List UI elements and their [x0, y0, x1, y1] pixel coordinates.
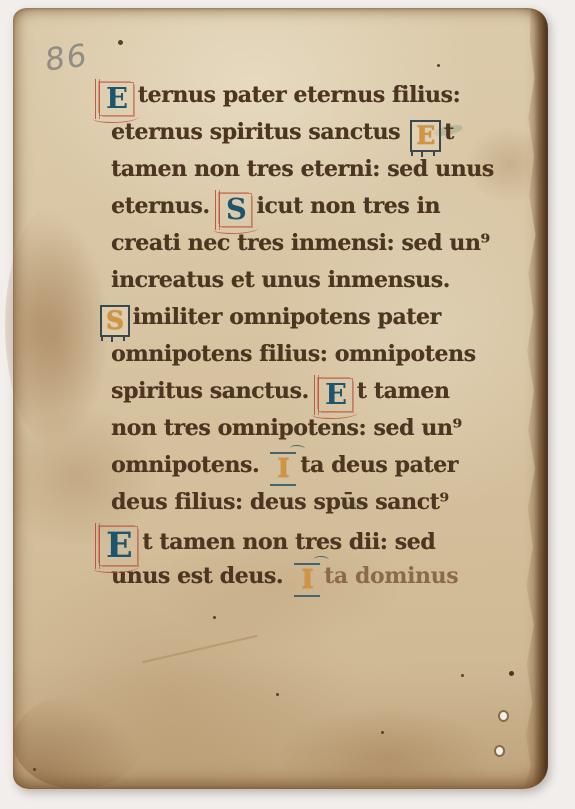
ink-speck — [509, 671, 514, 676]
ink-speck — [213, 616, 216, 619]
stain — [5, 203, 110, 448]
text-line: omnipotens filius: omnipotens — [97, 341, 469, 378]
line-text: eternus spiritus sanctus — [111, 119, 407, 145]
line-text: spiritus sanctus. — [111, 378, 316, 404]
text-line: eternus. Sicut non tres in — [97, 193, 469, 230]
ink-speck — [381, 731, 384, 734]
text-line: tamen non tres eterni: sed unus — [97, 156, 469, 193]
illuminated-initial: S — [100, 305, 130, 337]
manuscript-leaf: 86 Eternus pater eternus filius: eternus… — [13, 8, 547, 789]
stain — [13, 694, 143, 789]
illuminated-initial: E — [318, 378, 353, 412]
illuminated-initial: E — [99, 526, 138, 566]
line-text: increatus et unus inmensus. — [111, 267, 450, 293]
line-text: deus filius: deus spūs sanct⁹ — [111, 489, 449, 515]
folio-number: 86 — [45, 37, 89, 79]
line-text: non tres omnipotens: sed un⁹ — [111, 415, 462, 441]
text-line: Eternus pater eternus filius: — [97, 82, 469, 119]
ink-speck — [276, 693, 279, 696]
line-text: ta dominus — [324, 563, 458, 589]
line-text: creati nec tres inmensi: sed un⁹ — [111, 230, 490, 256]
line-text: t tamen — [357, 378, 450, 404]
illuminated-initial: E — [410, 120, 441, 152]
line-text: ta deus pater — [300, 452, 458, 478]
text-line: deus filius: deus spūs sanct⁹ — [97, 489, 469, 526]
stain — [13, 659, 547, 789]
line-text: omnipotens filius: omnipotens — [111, 341, 476, 367]
line-text: omnipotens. — [111, 452, 266, 478]
line-text: tamen non tres eterni: sed unus — [111, 156, 494, 182]
text-line: creati nec tres inmensi: sed un⁹ — [97, 230, 469, 267]
line-text: imiliter omnipotens pater — [133, 304, 441, 330]
text-line: Et tamen non tres dii: sed — [97, 526, 469, 563]
illuminated-initial: S — [219, 193, 253, 227]
line-text: t tamen non tres dii: sed — [142, 529, 435, 555]
line-text: t — [444, 119, 454, 145]
text-line: unus est deus. Ita dominus — [97, 563, 469, 600]
text-line: omnipotens. Ita deus pater — [97, 452, 469, 489]
text-line: spiritus sanctus. Et tamen — [97, 378, 469, 415]
text-line: Similiter omnipotens pater — [97, 304, 469, 341]
crease-line — [142, 635, 257, 663]
text-line: increatus et unus inmensus. — [97, 267, 469, 304]
illuminated-initial: E — [99, 82, 134, 116]
text-block: Eternus pater eternus filius: eternus sp… — [97, 82, 469, 600]
ragged-leaf-edge — [522, 8, 548, 789]
line-text: ternus pater eternus filius: — [138, 82, 460, 108]
text-line: eternus spiritus sanctus Et — [97, 119, 469, 156]
ink-speck — [461, 674, 464, 677]
line-text: eternus. — [111, 193, 217, 219]
worm-hole — [498, 710, 509, 722]
line-text: icut non tres in — [256, 193, 440, 219]
ink-speck — [437, 64, 440, 67]
ink-speck — [118, 40, 123, 45]
illuminated-initial: I — [294, 563, 320, 597]
illuminated-initial: I — [270, 452, 296, 486]
text-line: non tres omnipotens: sed un⁹ — [97, 415, 469, 452]
ink-speck — [33, 768, 36, 771]
worm-hole — [494, 745, 505, 757]
